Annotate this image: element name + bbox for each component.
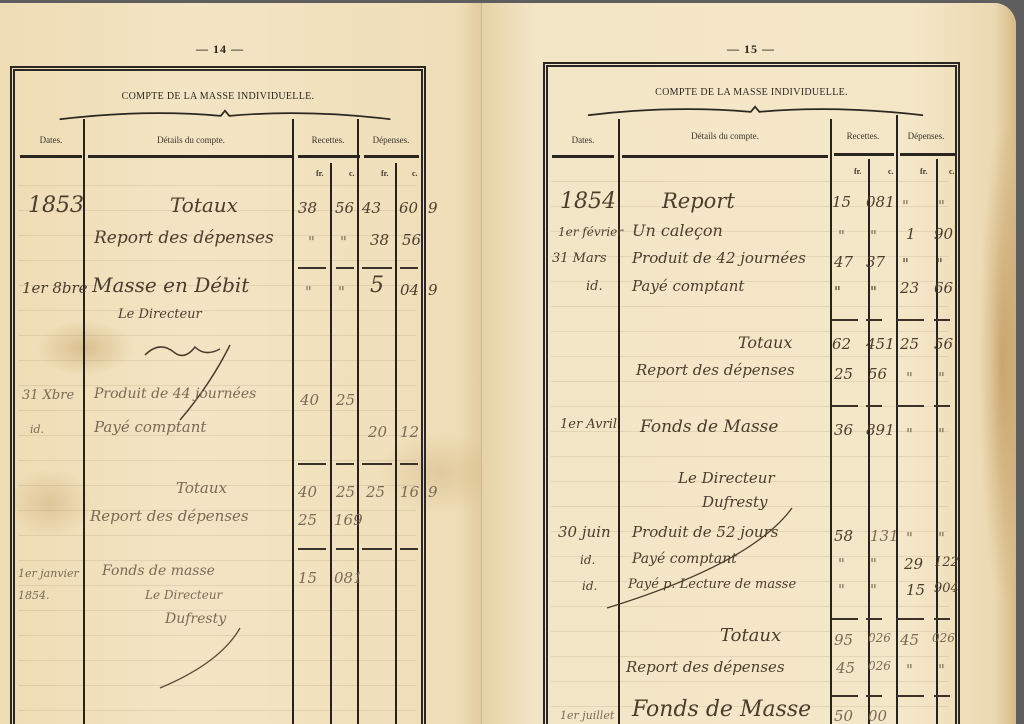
recettes-fr: 45: [836, 659, 855, 677]
total-rule: [934, 405, 950, 407]
header-rule: [622, 155, 828, 158]
total-rule: [866, 695, 882, 697]
depenses-fr: ": [902, 255, 909, 273]
recettes-c: 56: [335, 199, 354, 217]
recettes-fr: ": [834, 283, 841, 301]
entry-date: 30 juin: [558, 523, 611, 541]
entry-date: 1er février: [558, 225, 623, 239]
ledger-title: COMPTE DE LA MASSE INDIVIDUELLE.: [548, 87, 955, 98]
depenses-c: 56: [402, 231, 421, 249]
recettes-c: ": [870, 581, 877, 599]
recettes-c: 081: [866, 193, 895, 211]
entry-detail: Produit de 42 journées: [632, 249, 806, 267]
entry-detail: Masse en Débit: [92, 273, 249, 297]
ledger-title: COMPTE DE LA MASSE INDIVIDUELLE.: [15, 91, 421, 102]
header-rule: [88, 155, 293, 158]
recettes-c: 451: [866, 335, 895, 353]
recettes-c: ": [338, 283, 345, 301]
depenses-fr: 23: [900, 279, 919, 297]
director-label: Le Directeur: [118, 307, 202, 322]
column-divider: [896, 115, 898, 724]
depenses-c: 04: [400, 281, 419, 299]
depenses-fr: 20: [368, 423, 387, 441]
column-divider: [618, 119, 620, 724]
total-rule: [336, 267, 354, 269]
depenses-fr: ": [906, 529, 913, 547]
total-rule: [896, 405, 924, 407]
director-label: Le Directeur: [678, 469, 775, 487]
total-rule: [362, 548, 392, 550]
header-details: Détails du compte.: [87, 135, 295, 145]
entry-date: id.: [582, 579, 597, 593]
recettes-c: ": [340, 233, 347, 251]
entry-date: id.: [580, 553, 595, 567]
margin-note: 9: [428, 281, 438, 299]
recettes-c: 169: [334, 511, 363, 529]
depenses-fr: 38: [370, 231, 389, 249]
recettes-c: ": [870, 283, 877, 301]
sub-header-c: c.: [349, 169, 355, 178]
header-rule: [552, 155, 614, 158]
depenses-fr: ": [906, 425, 913, 443]
depenses-fr: ": [906, 369, 913, 387]
entry-detail: Fonds de Masse: [632, 697, 811, 722]
entry-detail: Fonds de Masse: [640, 417, 778, 437]
depenses-c: 16: [400, 483, 419, 501]
total-rule: [298, 267, 326, 269]
depenses-c: 904: [934, 581, 959, 596]
entry-date: 1er juillet: [560, 709, 614, 722]
entry-detail: Un caleçon: [632, 221, 723, 240]
total-rule: [400, 548, 418, 550]
depenses-c: ": [938, 369, 945, 387]
header-rule: [298, 155, 360, 158]
total-rule: [866, 405, 882, 407]
sub-header-c: c.: [888, 167, 894, 176]
recettes-fr: 38: [298, 199, 317, 217]
depenses-fr: ": [906, 661, 913, 679]
total-rule: [934, 319, 950, 321]
total-rule: [400, 267, 418, 269]
recettes-c: ": [870, 555, 877, 573]
recettes-c: ": [870, 227, 877, 245]
total-rule: [832, 405, 858, 407]
recettes-c: 131: [870, 527, 899, 545]
recettes-fr: 40: [300, 391, 319, 409]
entry-date: 31 Mars: [552, 251, 607, 266]
recettes-c: 56: [868, 365, 887, 383]
total-rule: [298, 548, 326, 550]
margin-note: 9: [428, 199, 438, 217]
depenses-c: 90: [934, 225, 953, 243]
recettes-fr: 50: [834, 707, 853, 724]
recettes-fr: 25: [834, 365, 853, 383]
column-divider: [357, 119, 359, 724]
ornamental-brace-icon: [30, 109, 420, 121]
entry-detail: Report des dépenses: [636, 361, 795, 379]
entry-date: 1er Avril: [560, 417, 617, 432]
entry-detail: Payé p. Lecture de masse: [628, 577, 796, 592]
recettes-fr: ": [305, 283, 312, 301]
header-rule: [20, 155, 82, 158]
recettes-fr: 36: [834, 421, 853, 439]
depenses-c: 66: [934, 279, 953, 297]
entry-detail: Totaux: [738, 333, 792, 352]
recettes-c: 25: [336, 391, 355, 409]
recettes-fr: ": [838, 555, 845, 573]
entry-detail: Produit de 44 journées: [94, 386, 256, 402]
sub-header-c: c.: [412, 169, 418, 178]
total-rule: [896, 319, 924, 321]
depenses-fr: 43: [362, 199, 381, 217]
entry-date: 1er janvier 1854.: [18, 563, 80, 607]
entry-detail: Payé comptant: [632, 551, 737, 567]
depenses-c: ": [938, 425, 945, 443]
depenses-c: 122: [934, 555, 959, 570]
entry-date: 1853: [28, 193, 84, 218]
entry-detail: Fonds de masse: [102, 563, 215, 579]
total-rule: [832, 319, 858, 321]
header-recettes: Recettes.: [830, 131, 896, 141]
recettes-fr: 58: [834, 527, 853, 545]
signature-icon: [140, 335, 250, 425]
sub-header-fr: fr.: [316, 169, 323, 178]
depenses-c: ": [936, 255, 943, 273]
page-number: — 14 —: [196, 42, 244, 57]
depenses-fr: ": [902, 197, 909, 215]
total-rule: [832, 695, 858, 697]
depenses-c: ": [938, 197, 945, 215]
recettes-fr: 95: [834, 631, 853, 649]
total-rule: [298, 463, 326, 465]
total-rule: [896, 695, 924, 697]
recettes-fr: 47: [834, 253, 853, 271]
entry-detail: Produit de 52 jours: [632, 523, 778, 541]
total-rule: [866, 618, 882, 620]
entry-detail: Report: [662, 189, 735, 213]
left-page: — 14 — COMPTE DE LA MASSE INDIVIDUELLE. …: [0, 3, 482, 724]
total-rule: [866, 319, 882, 321]
depenses-c: 60: [399, 199, 418, 217]
column-divider: [330, 163, 332, 724]
depenses-fr: 45: [900, 631, 919, 649]
recettes-fr: 25: [298, 511, 317, 529]
total-rule: [336, 548, 354, 550]
total-rule: [934, 695, 950, 697]
entry-detail: Report des dépenses: [626, 658, 785, 676]
sub-header-fr: fr.: [381, 169, 388, 178]
recettes-c: 891: [866, 421, 895, 439]
depenses-c: ": [938, 661, 945, 679]
recettes-fr: ": [838, 581, 845, 599]
sub-header-fr: fr.: [920, 167, 927, 176]
entry-detail: Totaux: [720, 625, 781, 646]
entry-date: id.: [30, 423, 44, 436]
header-details: Détails du compte.: [620, 131, 830, 141]
recettes-c: 026: [868, 659, 891, 673]
recettes-fr: ": [308, 233, 315, 251]
header-rule: [900, 153, 955, 156]
total-rule: [832, 618, 858, 620]
entry-date: 1854: [560, 189, 616, 214]
entry-detail: Totaux: [176, 479, 227, 497]
sub-header-c: c.: [949, 167, 955, 176]
recettes-c: 081: [334, 569, 363, 587]
recettes-fr: 15: [832, 193, 851, 211]
signature-flourish-icon: [150, 623, 250, 693]
depenses-fr: 15: [906, 581, 925, 599]
header-dates: Dates.: [20, 135, 82, 145]
recettes-c: 026: [868, 631, 891, 645]
open-ledger-book: — 14 — COMPTE DE LA MASSE INDIVIDUELLE. …: [0, 3, 1016, 724]
depenses-fr: 5: [370, 273, 384, 298]
depenses-fr: 29: [904, 555, 923, 573]
header-rule: [834, 153, 894, 156]
total-rule: [934, 618, 950, 620]
right-page: — 15 — COMPTE DE LA MASSE INDIVIDUELLE. …: [482, 3, 1016, 724]
recettes-fr: 62: [832, 335, 851, 353]
total-rule: [362, 267, 392, 269]
entry-date: id.: [586, 279, 603, 294]
recettes-c: 37: [866, 253, 885, 271]
header-recettes: Recettes.: [295, 135, 361, 145]
page-number: — 15 —: [727, 42, 775, 57]
recettes-c: 25: [336, 483, 355, 501]
entry-detail: Payé comptant: [94, 418, 206, 436]
depenses-c: 12: [400, 423, 419, 441]
header-dates: Dates.: [552, 135, 614, 145]
column-divider: [292, 119, 294, 724]
total-rule: [362, 463, 392, 465]
entry-detail: Totaux: [170, 193, 238, 217]
entry-detail: Report des dépenses: [94, 228, 274, 248]
recettes-fr: 40: [298, 483, 317, 501]
recettes-fr: ": [838, 227, 845, 245]
depenses-fr: 1: [906, 225, 916, 243]
entry-date: 1er 8bre: [22, 279, 88, 297]
entry-detail: Report des dépenses: [90, 507, 249, 525]
sub-header-fr: fr.: [854, 167, 861, 176]
depenses-c: 026: [932, 631, 955, 645]
depenses-c: 56: [934, 335, 953, 353]
header-depenses: Dépenses.: [896, 131, 956, 141]
entry-detail: Payé comptant: [632, 277, 744, 295]
total-rule: [336, 463, 354, 465]
recettes-fr: 15: [298, 569, 317, 587]
margin-note: 9: [428, 483, 438, 501]
director-label: Le Directeur: [145, 588, 222, 602]
depenses-c: ": [938, 529, 945, 547]
entry-date: 31 Xbre: [22, 388, 74, 403]
total-rule: [400, 463, 418, 465]
header-depenses: Dépenses.: [361, 135, 421, 145]
header-rule: [364, 155, 419, 158]
depenses-fr: 25: [366, 483, 385, 501]
ornamental-brace-icon: [558, 105, 953, 117]
total-rule: [896, 618, 924, 620]
column-divider: [395, 163, 397, 724]
depenses-fr: 25: [900, 335, 919, 353]
recettes-c: 00: [868, 707, 887, 724]
